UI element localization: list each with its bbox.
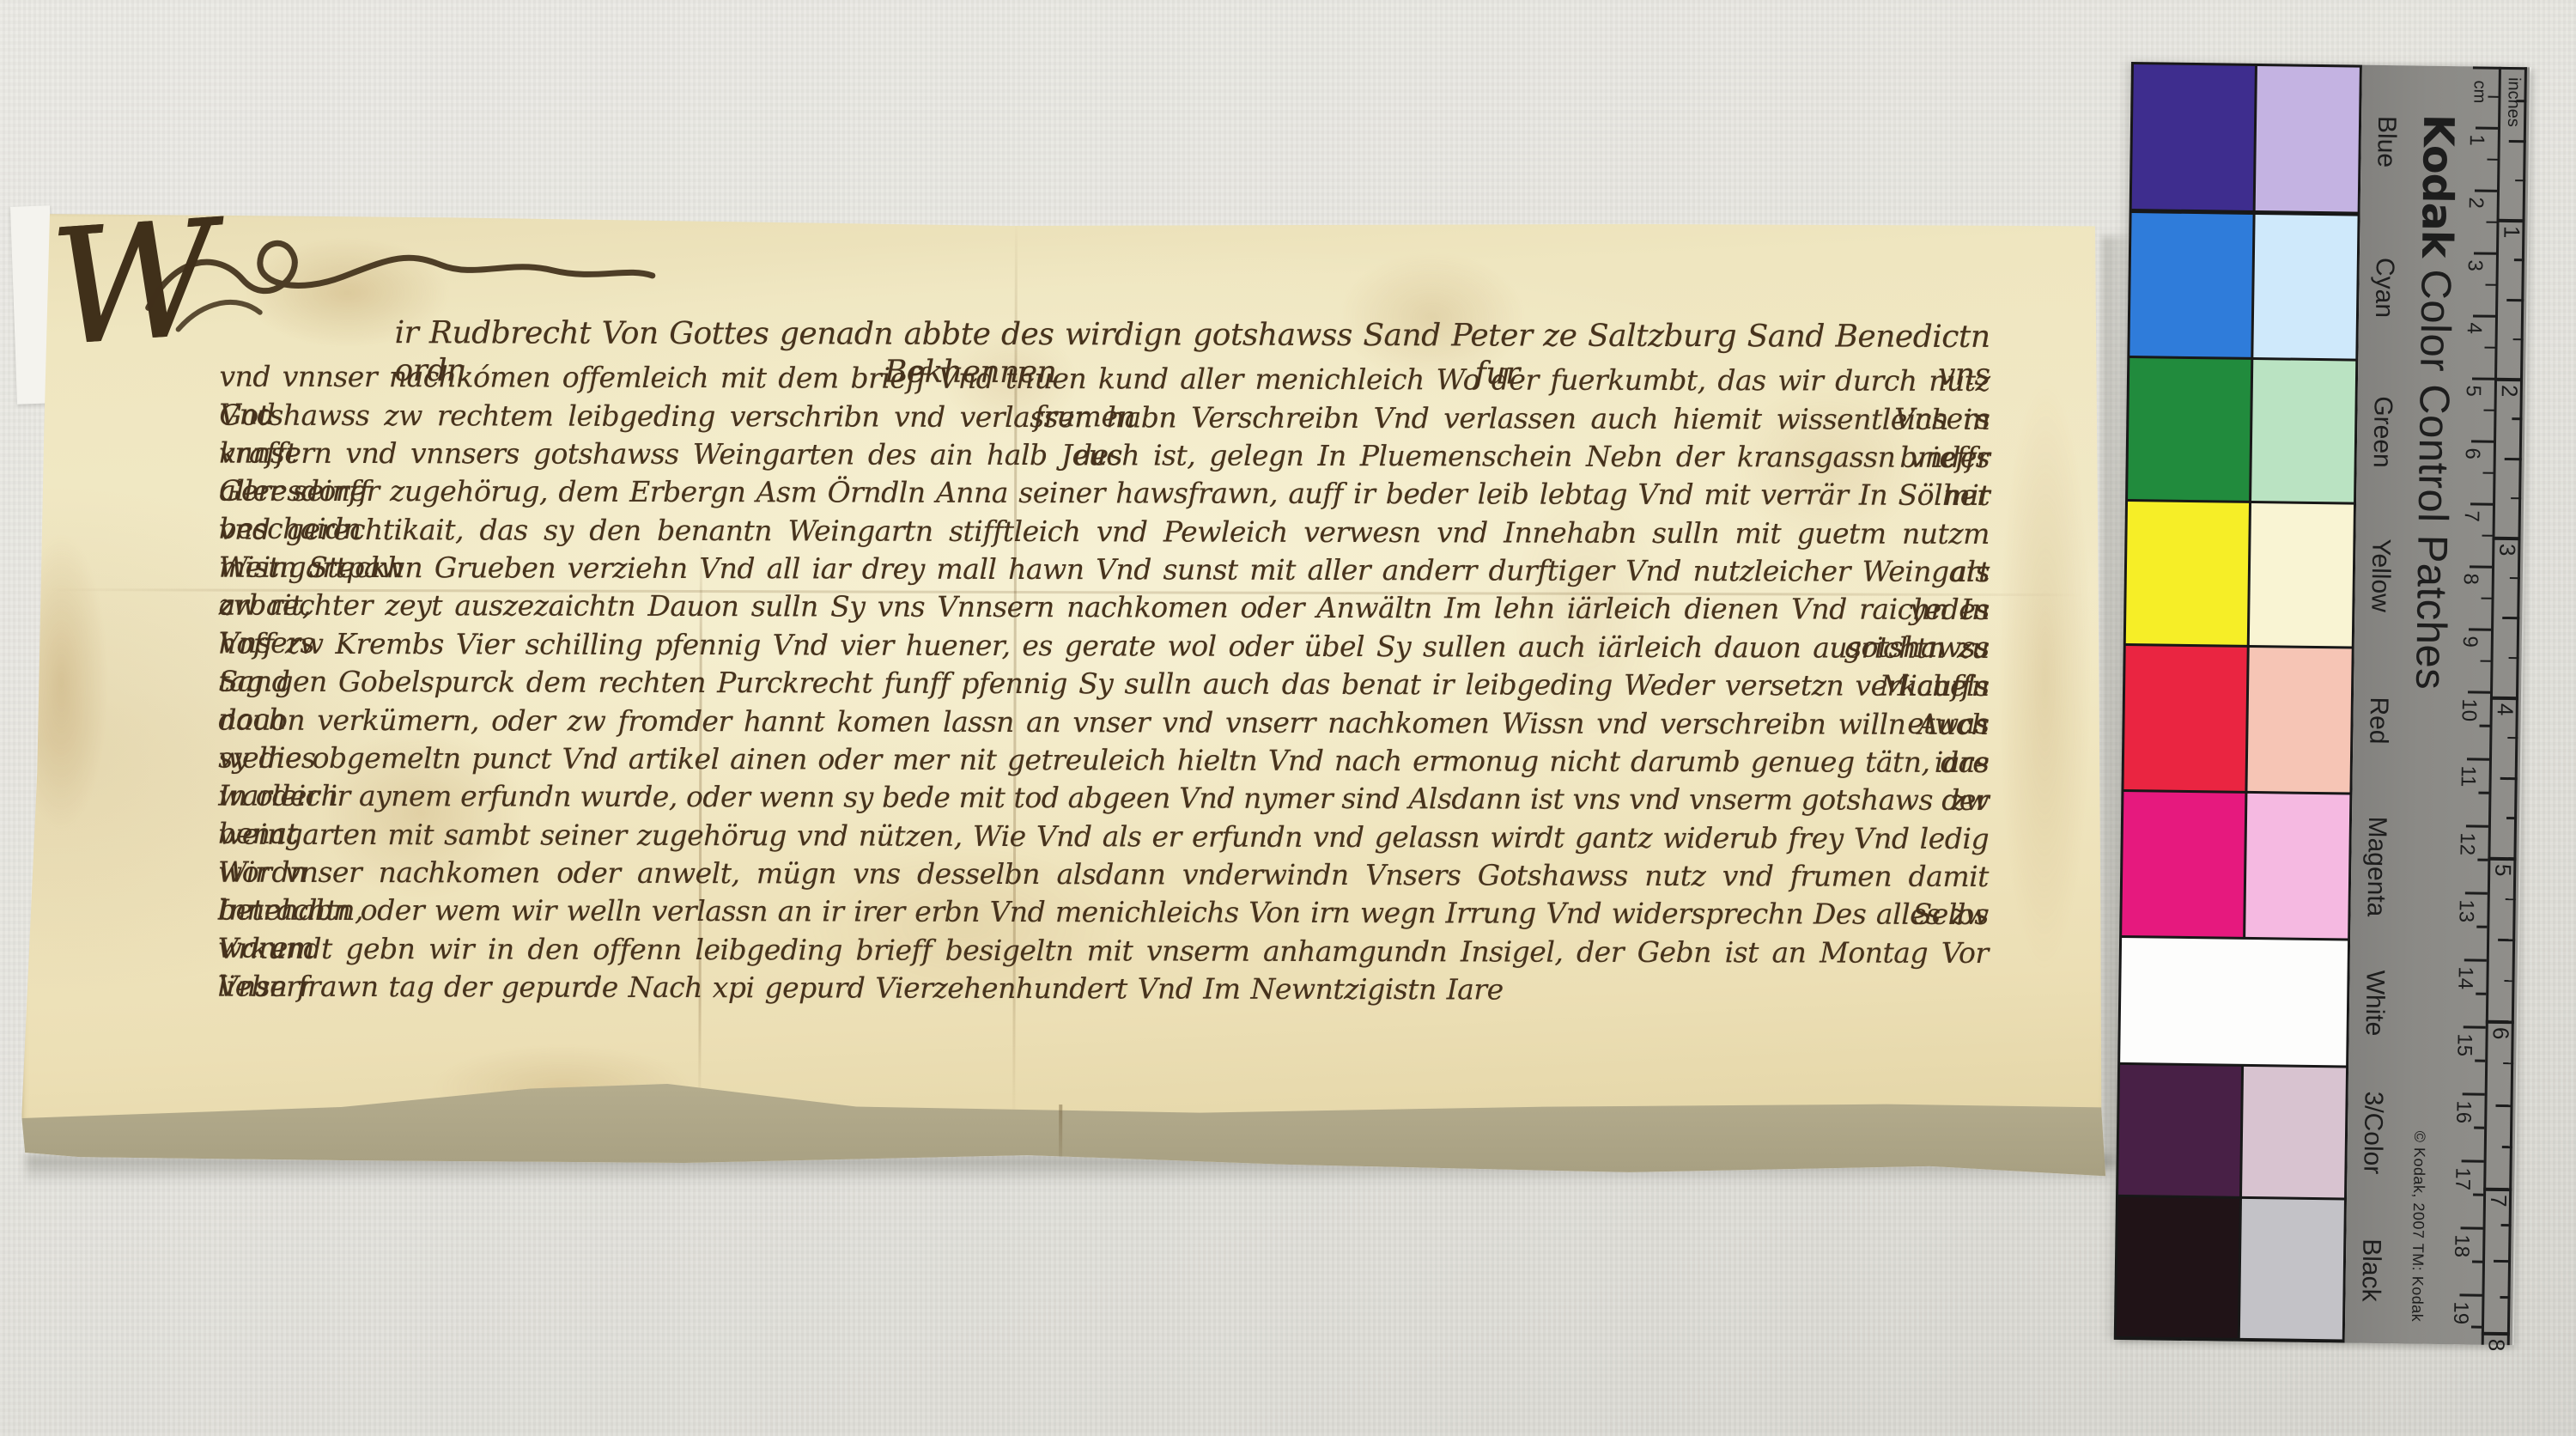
cm-half-tick: [2479, 725, 2489, 727]
color-patch-magenta-saturated: [2122, 791, 2245, 936]
cm-major-tick: [2476, 126, 2498, 129]
charter-text-line: vnnsern vnd vnnsers gotshawss Weingarten…: [219, 435, 1990, 478]
cm-half-tick: [2482, 534, 2493, 537]
color-patch-blue-saturated: [2132, 64, 2255, 210]
cm-major-tick: [2473, 314, 2495, 317]
inch-half-tick: [2495, 1104, 2512, 1106]
inch-half-tick: [2509, 139, 2526, 142]
cm-half-tick: [2488, 95, 2498, 98]
cm-number: 12: [2454, 832, 2479, 867]
inch-quarter-tick: [2506, 817, 2517, 819]
color-patch-3/color-saturated: [2118, 1064, 2241, 1196]
inch-number: 1: [2498, 226, 2525, 260]
inch-number: 4: [2491, 703, 2518, 738]
inch-major-tick: [2492, 537, 2520, 540]
color-row-label: Black: [2355, 1214, 2386, 1325]
cm-half-tick: [2483, 472, 2494, 474]
cm-scale-label: cm: [2469, 80, 2489, 123]
inch-quarter-tick: [2514, 259, 2524, 261]
cm-half-tick: [2477, 859, 2488, 861]
inch-major-tick: [2494, 378, 2523, 381]
inch-quarter-tick: [2515, 179, 2525, 182]
cm-number: 13: [2453, 899, 2478, 934]
inch-number: 3: [2494, 544, 2521, 578]
inch-major-tick: [2497, 219, 2525, 222]
inch-half-tick: [2502, 617, 2519, 619]
brand-subtitle-text: Color Control Patches: [2407, 257, 2459, 691]
inch-quarter-tick: [2506, 898, 2516, 901]
inch-quarter-tick: [2503, 1062, 2513, 1065]
color-row-label: Cyan: [2369, 231, 2400, 343]
cm-major-tick: [2461, 1226, 2483, 1229]
inches-scale-label: inches: [2503, 77, 2524, 156]
inch-half-tick: [2500, 776, 2518, 779]
cm-number: 11: [2455, 765, 2480, 800]
color-patch-red-pale: [2247, 647, 2351, 792]
cm-number: 7: [2458, 510, 2483, 545]
copyright-text: © Kodak, 2007 TM: Kodak: [2407, 1131, 2428, 1380]
cm-major-tick: [2464, 1025, 2486, 1028]
charter-text-line: weingarten mit sambt seiner zugehörug vn…: [218, 815, 1989, 859]
color-row-label: Blue: [2371, 85, 2402, 197]
color-patch-grid: [2114, 62, 2362, 1343]
color-row-label: 3/Color: [2357, 1077, 2388, 1189]
color-row-label: Yellow: [2365, 520, 2396, 631]
color-row-label: White: [2359, 947, 2390, 1059]
cm-half-tick: [2473, 1194, 2483, 1196]
cm-half-tick: [2487, 158, 2497, 161]
cm-major-tick: [2472, 377, 2494, 380]
cm-number: 16: [2451, 1100, 2476, 1135]
inch-half-tick: [2498, 939, 2515, 941]
inch-major-tick: [2486, 1020, 2514, 1024]
cm-number: 17: [2450, 1167, 2475, 1202]
charter-text-line: In oder ir aynem erfundn wurde, oder wen…: [218, 777, 1989, 821]
cm-major-tick: [2466, 824, 2488, 827]
color-row-label: Magenta: [2360, 811, 2391, 922]
charter-text-line: Vrkundt gebn wir in den offenn leibgedin…: [218, 929, 1989, 973]
inch-number: 6: [2487, 1027, 2514, 1062]
photograph-of-charter: W ir Rudbrecht Von Gottes genadn abbte d…: [0, 0, 2576, 1436]
cm-half-tick: [2471, 1326, 2482, 1329]
color-patch-yellow-pale: [2250, 502, 2354, 646]
color-patch-green-pale: [2251, 359, 2355, 502]
cm-major-tick: [2464, 958, 2487, 961]
charter-text-line: zw rechter zeyt auszezaichtn Dauon sulln…: [219, 587, 1990, 630]
inch-major-tick: [2488, 857, 2516, 861]
plica-crease: [1059, 1104, 1062, 1163]
cm-number: 6: [2459, 447, 2484, 482]
cm-major-tick: [2475, 189, 2497, 192]
charter-text-line: Wir vnser nachkomen oder anwelt, mügn vn…: [218, 853, 1989, 897]
inch-half-tick: [2506, 298, 2524, 301]
inch-major-tick: [2490, 697, 2518, 700]
cm-number: 8: [2458, 573, 2482, 607]
charter-text-line: dauon verkümern, oder zw fromder hannt k…: [218, 701, 1989, 745]
cm-major-tick: [2467, 758, 2489, 760]
color-patch-black-pale: [2240, 1198, 2344, 1339]
cm-half-tick: [2482, 597, 2492, 599]
charter-text-line: vnd gerechtikait, das sy den benantn Wei…: [219, 510, 1990, 554]
inch-major-tick: [2482, 1332, 2510, 1336]
cm-major-tick: [2463, 1092, 2485, 1095]
cm-half-tick: [2472, 1261, 2482, 1263]
cm-major-tick: [2468, 691, 2490, 693]
color-row-label: Red: [2363, 665, 2394, 776]
cm-major-tick: [2474, 252, 2496, 254]
inch-number: 2: [2495, 385, 2523, 419]
charter-text-line: mistn Steckhn Grueben verziehn Vnd all i…: [219, 549, 1990, 593]
charter-text-line: Innehabn oder wem wir welln verlassn an …: [218, 891, 1989, 935]
inch-quarter-tick: [2509, 657, 2519, 660]
cm-half-tick: [2485, 283, 2495, 286]
color-patch-black-saturated: [2117, 1196, 2239, 1337]
cm-major-tick: [2465, 891, 2488, 894]
target-gray-strip: Kodak Color Control Patches © Kodak, 200…: [2345, 65, 2530, 1346]
cm-number: 2: [2463, 197, 2488, 231]
cm-half-tick: [2474, 1127, 2484, 1129]
charter-text-line: tag gen Gobelspurck dem rechten Purckrec…: [219, 663, 1990, 707]
inch-quarter-tick: [2502, 1146, 2512, 1148]
cm-number: 10: [2456, 698, 2481, 733]
cm-half-tick: [2476, 926, 2487, 928]
color-patch-white: [2120, 937, 2348, 1065]
cm-number: 1: [2464, 134, 2488, 168]
cm-half-tick: [2478, 792, 2488, 794]
inch-half-tick: [2505, 457, 2522, 459]
cm-half-tick: [2475, 1060, 2485, 1062]
color-patch-red-saturated: [2123, 645, 2246, 790]
cm-half-tick: [2481, 660, 2491, 662]
inch-quarter-tick: [2513, 338, 2524, 341]
charter-text-block: ir Rudbrecht Von Gottes genadn abbte des…: [24, 210, 2108, 216]
cm-number: 5: [2460, 385, 2485, 419]
cm-half-tick: [2476, 993, 2486, 995]
parchment-stain: [0, 477, 126, 889]
cm-number: 14: [2452, 966, 2477, 1001]
cm-major-tick: [2469, 628, 2491, 630]
parchment-stain: [1979, 267, 2110, 1083]
charter-text-line: ir Rudbrecht Von Gottes genadn abbte des…: [395, 314, 1990, 358]
brand-logo-text: Kodak: [2412, 113, 2463, 257]
inch-quarter-tick: [2507, 737, 2518, 739]
charter-text-line: liebn frawn tag der gepurde Nach xpi gep…: [218, 968, 1504, 1011]
cm-number: 15: [2451, 1033, 2476, 1068]
charter-text-line: sy die obgemeltn punct Vnd artikel ainen…: [218, 739, 1989, 782]
charter-parchment: W ir Rudbrecht Von Gottes genadn abbte d…: [21, 210, 2108, 1179]
charter-text-line: aller seiner zugehörug, dem Erbergn Asm …: [219, 472, 1990, 516]
inch-quarter-tick: [2504, 980, 2514, 983]
kodak-color-target: Kodak Color Control Patches © Kodak, 200…: [2114, 62, 2530, 1345]
cm-number: 4: [2461, 322, 2486, 356]
inch-quarter-tick: [2510, 577, 2520, 580]
color-patch-3/color-pale: [2242, 1066, 2346, 1197]
inch-half-tick: [2494, 1260, 2511, 1263]
cm-major-tick: [2470, 565, 2492, 568]
inch-quarter-tick: [2500, 1296, 2510, 1299]
inch-quarter-tick: [2512, 417, 2522, 420]
charter-text-line: hoff zw Krembs Vier schilling pfennig Vn…: [219, 624, 1990, 668]
charter-text-line: vnd vnnser nachkómen offemleich mit dem …: [219, 358, 1990, 402]
inch-number: 8: [2482, 1339, 2510, 1373]
brand-title: Kodak Color Control Patches: [2406, 113, 2463, 698]
cm-number: 19: [2448, 1301, 2473, 1336]
color-patch-blue-pale: [2256, 66, 2360, 212]
color-patch-cyan-saturated: [2129, 213, 2252, 357]
cm-major-tick: [2470, 502, 2493, 505]
cm-number: 3: [2462, 259, 2487, 294]
cm-half-tick: [2486, 221, 2496, 223]
cm-half-tick: [2484, 346, 2494, 349]
inch-quarter-tick: [2511, 497, 2521, 500]
charter-text-line: Gotshawss zw rechtem leibgeding verschri…: [219, 396, 1990, 440]
color-patch-yellow-saturated: [2126, 501, 2249, 644]
color-row-label: Green: [2366, 375, 2397, 487]
cm-major-tick: [2462, 1159, 2484, 1162]
cm-number: 9: [2457, 636, 2482, 670]
color-patch-magenta-pale: [2245, 793, 2349, 938]
cm-major-tick: [2459, 1293, 2482, 1296]
cm-major-tick: [2471, 440, 2494, 442]
inch-quarter-tick: [2501, 1224, 2512, 1226]
inch-number: 5: [2489, 864, 2517, 898]
color-patch-green-saturated: [2128, 358, 2251, 501]
inch-major-tick: [2483, 1188, 2512, 1191]
cm-number: 18: [2449, 1234, 2474, 1269]
inch-quarter-tick: [2516, 100, 2526, 102]
color-patch-cyan-pale: [2253, 214, 2357, 358]
cm-half-tick: [2484, 409, 2494, 411]
